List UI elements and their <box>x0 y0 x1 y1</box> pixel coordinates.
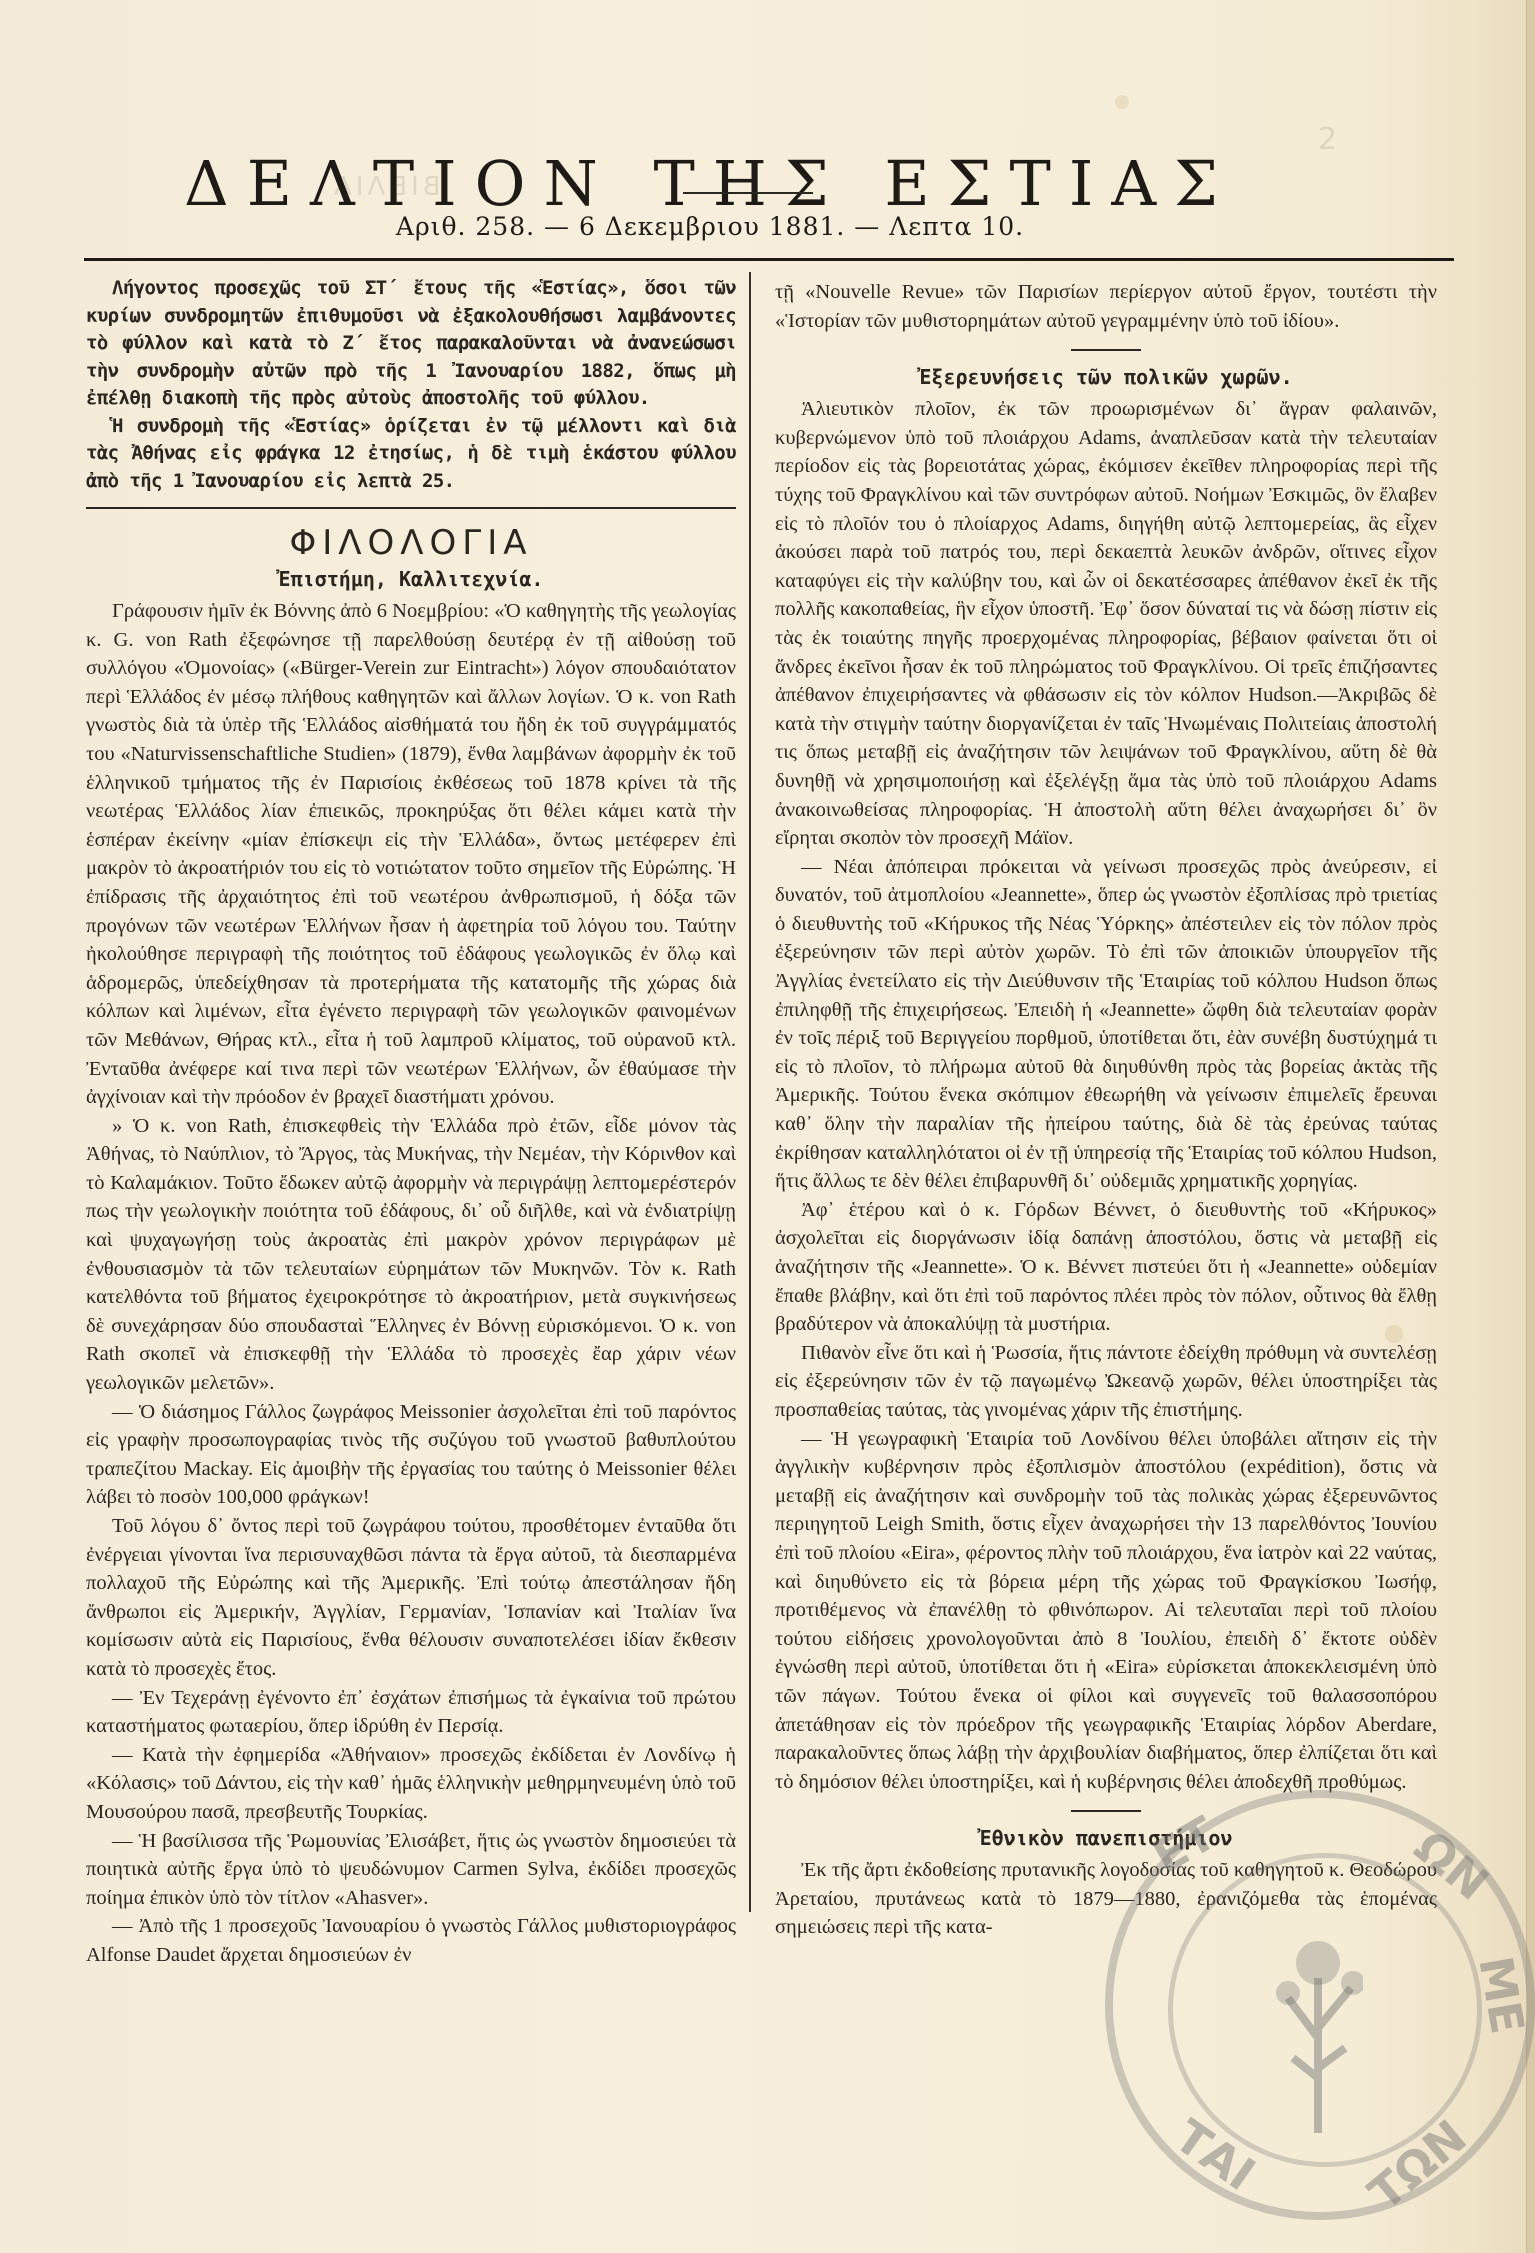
article-paragraph: — Κατὰ τὴν ἐφημερίδα «Ἀθήναιον» προσεχῶς… <box>86 1741 736 1827</box>
article-paragraph: Ἀφ᾽ ἑτέρου καὶ ὁ κ. Γόρδων Βέννετ, ὁ διε… <box>775 1196 1437 1339</box>
notice-paragraph: Λήγοντος προσεχῶς τοῦ ΣΤ΄ ἔτους τῆς «Ἑστ… <box>86 275 736 413</box>
paper-stain <box>1115 95 1129 109</box>
header-divider <box>84 258 1454 261</box>
library-stamp-watermark: ΕΤ ΩΝ ΜΕ ΤΩΝ ΤΑΙ <box>1105 1790 1535 2220</box>
article-paragraph: — Ἡ βασίλισσα τῆς Ῥωμουνίας Ἐλισάβετ, ἥτ… <box>86 1827 736 1913</box>
left-column: Λήγοντος προσεχῶς τοῦ ΣΤ΄ ἔτους τῆς «Ἑστ… <box>86 275 736 1970</box>
page-edge <box>1526 0 1535 2253</box>
subscription-notice: Λήγοντος προσεχῶς τοῦ ΣΤ΄ ἔτους τῆς «Ἑστ… <box>86 275 736 495</box>
column-divider <box>749 272 751 1912</box>
continuation-paragraph: τῇ «Nouvelle Revue» τῶν Παρισίων περίεργ… <box>775 278 1437 335</box>
right-column: τῇ «Nouvelle Revue» τῶν Παρισίων περίεργ… <box>775 278 1437 1942</box>
article-divider <box>1071 349 1141 351</box>
masthead-rule <box>683 192 813 194</box>
article-paragraph: — Ἡ γεωγραφικὴ Ἑταιρία τοῦ Λονδίνου θέλε… <box>775 1425 1437 1797</box>
article-paragraph: Ἁλιευτικὸν πλοῖον, ἐκ τῶν προωρισμένων δ… <box>775 395 1437 853</box>
article-paragraph: Πιθανὸν εἶνε ὅτι καὶ ἡ Ῥωσσία, ἥτις πάντ… <box>775 1339 1437 1425</box>
article-paragraph: — Ἀπὸ τῆς 1 προσεχοῦς Ἰανουαρίου ὁ γνωστ… <box>86 1912 736 1969</box>
article-paragraph: — Νέαι ἀπόπειραι πρόκειται νὰ γείνωσι πρ… <box>775 853 1437 1196</box>
section-divider <box>86 507 736 509</box>
article-paragraph: » Ὁ κ. von Rath, ἐπισκεφθεὶς τὴν Ἑλλάδα … <box>86 1112 736 1398</box>
article-divider <box>1071 1810 1141 1812</box>
article-paragraph: Τοῦ λόγου δ᾽ ὄντος περὶ τοῦ ζωγράφου τού… <box>86 1512 736 1684</box>
section-title: ΦΙΛΟΛΟΓΙΑ <box>86 523 736 563</box>
bleed-through-page-number: 2 <box>1318 122 1337 157</box>
section-subtitle: Ἐπιστήμη, Καλλιτεχνία. <box>86 565 736 593</box>
article-paragraph: Γράφουσιν ἡμῖν ἐκ Βόννης ἀπὸ 6 Νοεμβρίου… <box>86 597 736 1112</box>
article-paragraph: — Ὁ διάσημος Γάλλος ζωγράφος Meissonier … <box>86 1398 736 1512</box>
issue-line: Αριθ. 258. — 6 Δεκεμβριου 1881. — Λεπτα … <box>130 212 1290 241</box>
newspaper-page: 2 ΒΙΒΛΙΑ ΔΕΛΤΙΟΝ ΤΗΣ ΕΣΤΙΑΣ Αριθ. 258. —… <box>0 0 1535 2253</box>
masthead-title: ΔΕΛΤΙΟΝ ΤΗΣ ΕΣΤΙΑΣ <box>130 147 1290 220</box>
notice-paragraph: Ἡ συνδρομὴ τῆς «Ἑστίας» ὁρίζεται ἐν τῷ μ… <box>86 413 736 496</box>
article-paragraph: — Ἐν Τεχεράνῃ ἐγένοντο ἐπ᾽ ἐσχάτων ἐπισή… <box>86 1684 736 1741</box>
article-title: Ἐξερευνήσεις τῶν πολικῶν χωρῶν. <box>775 363 1437 391</box>
tree-emblem-icon <box>1273 1918 1363 2138</box>
